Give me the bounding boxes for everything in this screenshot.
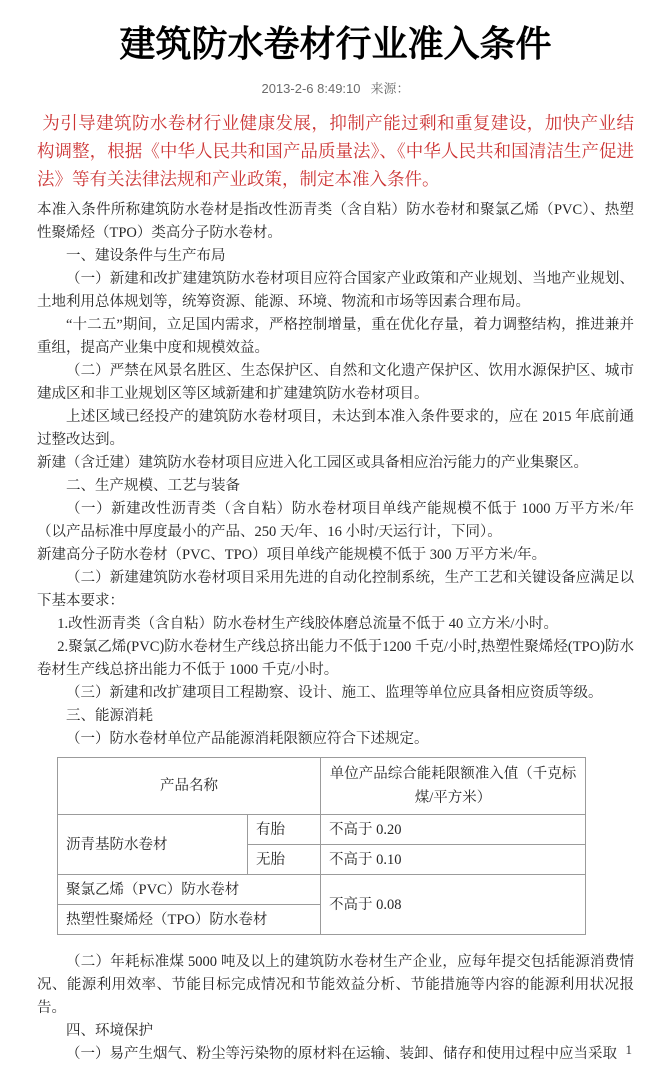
document-page: 建筑防水卷材行业准入条件 2013-2-6 8:49:10来源： 为引导建筑防水… (0, 0, 670, 1080)
header-cell-product-name: 产品名称 (58, 758, 321, 815)
cell-polymer-limit: 不高于 0.08 (321, 875, 586, 935)
page-number: 1 (626, 1042, 633, 1058)
header-cell-energy-limit: 单位产品综合能耗限额准入值（千克标煤/平方米） (321, 758, 586, 815)
table-header-row: 产品名称 单位产品综合能耗限额准入值（千克标煤/平方米） (58, 758, 586, 815)
cell-asphalt-product: 沥青基防水卷材 (58, 815, 248, 875)
intro-paragraph: 为引导建筑防水卷材行业健康发展，抑制产能过剩和重复建设，加快产业结构调整，根据《… (37, 109, 634, 193)
cell-with-base-limit: 不高于 0.20 (321, 815, 586, 845)
cell-with-base: 有胎 (248, 815, 321, 845)
list-item: 2.聚氯乙烯(PVC)防水卷材生产线总挤出能力不低于1200 千克/小时,热塑性… (37, 636, 634, 682)
paragraph: （一）新建和改扩建建筑防水卷材项目应符合国家产业政策和产业规划、当地产业规划、土… (37, 268, 634, 314)
document-content: 建筑防水卷材行业准入条件 2013-2-6 8:49:10来源： 为引导建筑防水… (37, 24, 634, 1066)
cell-without-base: 无胎 (248, 845, 321, 875)
paragraph: 新建高分子防水卷材（PVC、TPO）项目单线产能规模不低于 300 万平方米/年… (37, 544, 634, 567)
paragraph: （一）防水卷材单位产品能源消耗限额应符合下述规定。 (37, 728, 634, 751)
section-heading: 一、建设条件与生产布局 (37, 245, 634, 268)
energy-consumption-table: 产品名称 单位产品综合能耗限额准入值（千克标煤/平方米） 沥青基防水卷材 有胎 … (57, 757, 586, 935)
paragraph: “十二五”期间，立足国内需求，严格控制增量，重在优化存量，着力调整结构，推进兼并… (37, 314, 634, 360)
paragraph: （二）新建建筑防水卷材项目采用先进的自动化控制系统，生产工艺和关键设备应满足以下… (37, 567, 634, 613)
document-body: 本准入条件所称建筑防水卷材是指改性沥青类（含自粘）防水卷材和聚氯乙烯（PVC）、… (37, 199, 634, 1066)
cell-pvc-product: 聚氯乙烯（PVC）防水卷材 (58, 875, 321, 905)
publish-date: 2013-2-6 8:49:10 (261, 81, 360, 96)
paragraph: （一）新建改性沥青类（含自粘）防水卷材项目单线产能规模不低于 1000 万平方米… (37, 498, 634, 544)
section-heading: 三、能源消耗 (37, 705, 634, 728)
paragraph: 新建（含迁建）建筑防水卷材项目应进入化工园区或具备相应治污能力的产业集聚区。 (37, 452, 634, 475)
cell-tpo-product: 热塑性聚烯烃（TPO）防水卷材 (58, 905, 321, 935)
section-heading: 二、生产规模、工艺与装备 (37, 475, 634, 498)
paragraph: （二）严禁在风景名胜区、生态保护区、自然和文化遗产保护区、饮用水源保护区、城市建… (37, 360, 634, 406)
meta-line: 2013-2-6 8:49:10来源： (37, 78, 634, 97)
paragraph: （三）新建和改扩建项目工程勘察、设计、施工、监理等单位应具备相应资质等级。 (37, 682, 634, 705)
paragraph: （一）易产生烟气、粉尘等污染物的原材料在运输、装卸、储存和使用过程中应当采取 (37, 1043, 634, 1066)
table-row: 聚氯乙烯（PVC）防水卷材 不高于 0.08 (58, 875, 586, 905)
cell-without-base-limit: 不高于 0.10 (321, 845, 586, 875)
list-item: 1.改性沥青类（含自粘）防水卷材生产线胶体磨总流量不低于 40 立方米/小时。 (37, 613, 634, 636)
paragraph: （二）年耗标准煤 5000 吨及以上的建筑防水卷材生产企业，应每年提交包括能源消… (37, 951, 634, 1020)
paragraph: 上述区域已经投产的建筑防水卷材项目，未达到本准入条件要求的，应在 2015 年底… (37, 406, 634, 452)
table-row: 沥青基防水卷材 有胎 不高于 0.20 (58, 815, 586, 845)
source-label: 来源： (371, 81, 410, 96)
paragraph: 本准入条件所称建筑防水卷材是指改性沥青类（含自粘）防水卷材和聚氯乙烯（PVC）、… (37, 199, 634, 245)
document-title: 建筑防水卷材行业准入条件 (37, 24, 634, 65)
section-heading: 四、环境保护 (37, 1020, 634, 1043)
